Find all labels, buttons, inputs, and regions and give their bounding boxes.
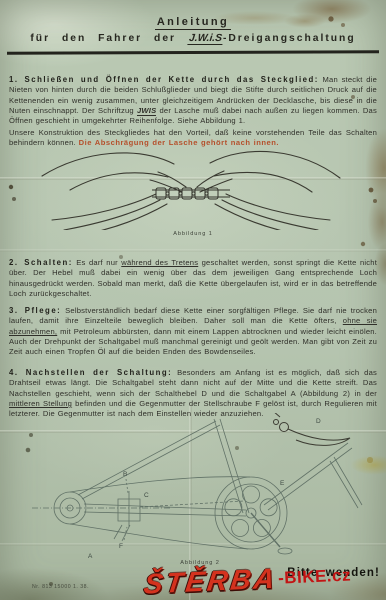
label-A: A bbox=[88, 553, 93, 560]
hands-holding-chain-drawing bbox=[42, 151, 340, 230]
section-3-body: Selbstverständlich bedarf diese Kette ei… bbox=[9, 306, 377, 325]
right-finger-1 bbox=[226, 194, 330, 220]
paper-crease bbox=[0, 249, 386, 252]
figure1-caption: Abbildung 1 bbox=[133, 231, 253, 237]
label-F: F bbox=[119, 543, 123, 550]
chainring-cutout bbox=[225, 499, 242, 516]
subtitle-pre: für den Fahrer der bbox=[30, 33, 176, 44]
subtitle-post: -Dreigangschaltung bbox=[223, 33, 356, 44]
left-arm-line bbox=[42, 153, 174, 176]
section-2-heading: 2. Schalten: bbox=[9, 258, 73, 267]
section-1-steckglied: 1. Schließen und Öffnen der Kette durch … bbox=[9, 75, 377, 127]
section-3-pflege: 3. Pflege: Selbstverständlich bedarf die… bbox=[9, 306, 377, 358]
watermark-main-text: ŠTĚRBA bbox=[142, 563, 279, 600]
section-2-underlined: während des Tretens bbox=[121, 258, 198, 267]
chain-pin bbox=[179, 192, 182, 195]
figure2-illustration: D B E C F A bbox=[18, 413, 370, 561]
left-finger-3 bbox=[86, 204, 167, 230]
lever-blade bbox=[288, 429, 350, 445]
label-leader-b bbox=[126, 479, 128, 493]
bowden-cable bbox=[140, 501, 244, 507]
pedal bbox=[278, 548, 292, 554]
print-code: Nr. 813 15000 1. 38. bbox=[32, 584, 89, 590]
chainring-cutout bbox=[253, 520, 270, 537]
chain-bottom-run bbox=[70, 524, 248, 549]
document-title-text: Anleitung bbox=[155, 16, 231, 30]
section-4-heading: 4. Nachstellen der Schaltung: bbox=[9, 368, 172, 377]
chain-pin bbox=[166, 192, 169, 195]
section-3-heading: 3. Pflege: bbox=[9, 306, 61, 315]
section-2-schalten: 2. Schalten: Es darf nur während des Tre… bbox=[9, 258, 377, 300]
right-wrist-line bbox=[214, 172, 312, 192]
shift-lever-detail-drawing bbox=[273, 413, 350, 445]
jwis-logo: J.W.i.S bbox=[187, 33, 223, 45]
right-thumb bbox=[197, 171, 224, 187]
watermark-suffix-text: -BIKE.cz bbox=[278, 565, 352, 588]
section-4-underlined: mittleren Stellung bbox=[9, 399, 72, 408]
figure1-illustration bbox=[40, 146, 342, 230]
lever-clamp bbox=[280, 423, 289, 432]
chain-pin bbox=[205, 192, 208, 195]
section-3-body-cont: mit Petroleum abbürsten, dann mit einem … bbox=[9, 327, 377, 357]
paper-stains bbox=[0, 0, 2, 2]
scanned-instruction-sheet: Anleitung für den Fahrer der J.W.i.S-Dre… bbox=[0, 0, 386, 600]
document-subtitle: für den Fahrer der J.W.i.S-Dreigangschal… bbox=[0, 33, 386, 45]
bicycle-drivetrain-drawing bbox=[32, 419, 362, 554]
head-tube bbox=[330, 457, 362, 508]
label-D: D bbox=[316, 418, 321, 425]
chain-pin bbox=[192, 192, 195, 195]
jwis-inline-logo: JWIS bbox=[137, 106, 156, 116]
lever-tip bbox=[273, 413, 280, 417]
chainring-cutout bbox=[243, 486, 260, 503]
clamp-bolt bbox=[274, 420, 279, 425]
right-finger-3 bbox=[215, 204, 296, 230]
header-rule bbox=[7, 50, 379, 54]
chainring-cutout bbox=[232, 520, 249, 537]
left-thumb bbox=[158, 172, 186, 187]
label-B: B bbox=[123, 471, 127, 478]
left-finger-1 bbox=[52, 194, 156, 220]
section-1-heading: 1. Schließen und Öffnen der Kette durch … bbox=[9, 75, 319, 84]
chain-top-run bbox=[70, 477, 250, 492]
section-2-body: Es darf nur bbox=[76, 258, 121, 267]
document-title: Anleitung bbox=[0, 16, 386, 28]
label-C: C bbox=[144, 492, 149, 499]
chain-links-drawing bbox=[152, 188, 230, 199]
label-E: E bbox=[280, 480, 285, 487]
